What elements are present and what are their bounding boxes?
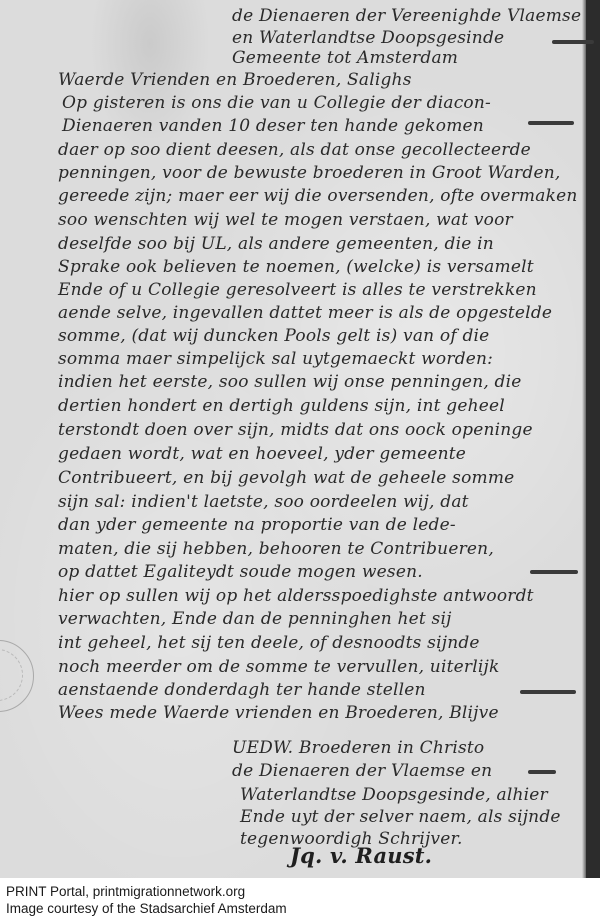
flourish-line <box>528 121 574 125</box>
body-line: dan yder gemeente na proportie van de le… <box>58 515 456 535</box>
body-line: Sprake ook believen te noemen, (welcke) … <box>58 257 534 277</box>
salutation: Waerde Vrienden en Broederen, Salighs <box>58 70 412 90</box>
body-line: sijn sal: indien't laetste, soo oordeele… <box>58 492 469 512</box>
body-line: daer op soo dient deesen, als dat onse g… <box>58 140 531 160</box>
body-line: indien het eerste, soo sullen wij onse p… <box>58 372 522 392</box>
body-line: somme, (dat wij duncken Pools gelt is) v… <box>58 326 489 346</box>
body-line: hier op sullen wij op het aldersspoedigh… <box>58 586 534 606</box>
signature: Jq. v. Raust. <box>290 843 432 868</box>
body-line: somma maer simpelijck sal uytgemaeckt wo… <box>58 349 493 369</box>
closing-line: Waterlandtse Doopsgesinde, alhier <box>240 785 548 805</box>
flourish-line <box>520 690 576 694</box>
body-line: aende selve, ingevallen dattet meer is a… <box>58 303 552 323</box>
address-line-2: en Waterlandtse Doopsgesinde <box>232 28 504 48</box>
body-line: Ende of u Collegie geresolveert is alles… <box>58 280 537 300</box>
body-line: verwachten, Ende dan de penninghen het s… <box>58 609 452 629</box>
caption-credit: Image courtesy of the Stadsarchief Amste… <box>6 900 287 917</box>
body-line: penningen, voor de bewuste broederen in … <box>58 163 560 183</box>
closing-line: UEDW. Broederen in Christo <box>232 738 484 758</box>
body-line: aenstaende donderdagh ter hande stellen <box>58 680 426 700</box>
flourish-line <box>552 40 594 44</box>
image-caption: PRINT Portal, printmigrationnetwork.org … <box>6 883 287 917</box>
body-line: int geheel, het sij ten deele, of desnoo… <box>58 633 480 653</box>
body-line: Contribueert, en bij gevolgh wat de gehe… <box>58 468 514 488</box>
body-line: maten, die sij hebben, behooren te Contr… <box>58 539 494 559</box>
flourish-line <box>528 770 556 774</box>
body-line: deselfde soo bij UL, als andere gemeente… <box>58 234 494 254</box>
manuscript-scan: de Dienaeren der Vereenighde Vlaemse en … <box>0 0 600 878</box>
closing-line: Ende uyt der selver naem, als sijnde <box>240 807 561 827</box>
body-line: terstondt doen over sijn, midts dat ons … <box>58 420 533 440</box>
body-line: Op gisteren is ons die van u Collegie de… <box>62 93 491 113</box>
body-line: gedaen wordt, wat en hoeveel, yder gemee… <box>58 444 466 464</box>
address-line-1: de Dienaeren der Vereenighde Vlaemse <box>232 6 581 26</box>
page-edge-shadow <box>586 0 600 878</box>
body-line: op dattet Egaliteydt soude mogen wesen. <box>58 562 423 582</box>
body-line: dertien hondert en dertigh guldens sijn,… <box>58 396 505 416</box>
closing-line: de Dienaeren der Vlaemse en <box>232 761 492 781</box>
body-line: soo wenschten wij wel te mogen verstaen,… <box>58 210 513 230</box>
body-line: noch meerder om de somme te vervullen, u… <box>58 657 499 677</box>
archive-stamp-icon <box>0 640 34 712</box>
address-line-3: Gemeente tot Amsterdam <box>232 48 458 68</box>
body-line: gereede zijn; maer eer wij die oversende… <box>58 186 578 206</box>
caption-source: PRINT Portal, printmigrationnetwork.org <box>6 883 287 900</box>
flourish-line <box>530 570 578 574</box>
body-line: Wees mede Waerde vrienden en Broederen, … <box>58 703 499 723</box>
body-line: Dienaeren vanden 10 deser ten hande geko… <box>62 116 484 136</box>
